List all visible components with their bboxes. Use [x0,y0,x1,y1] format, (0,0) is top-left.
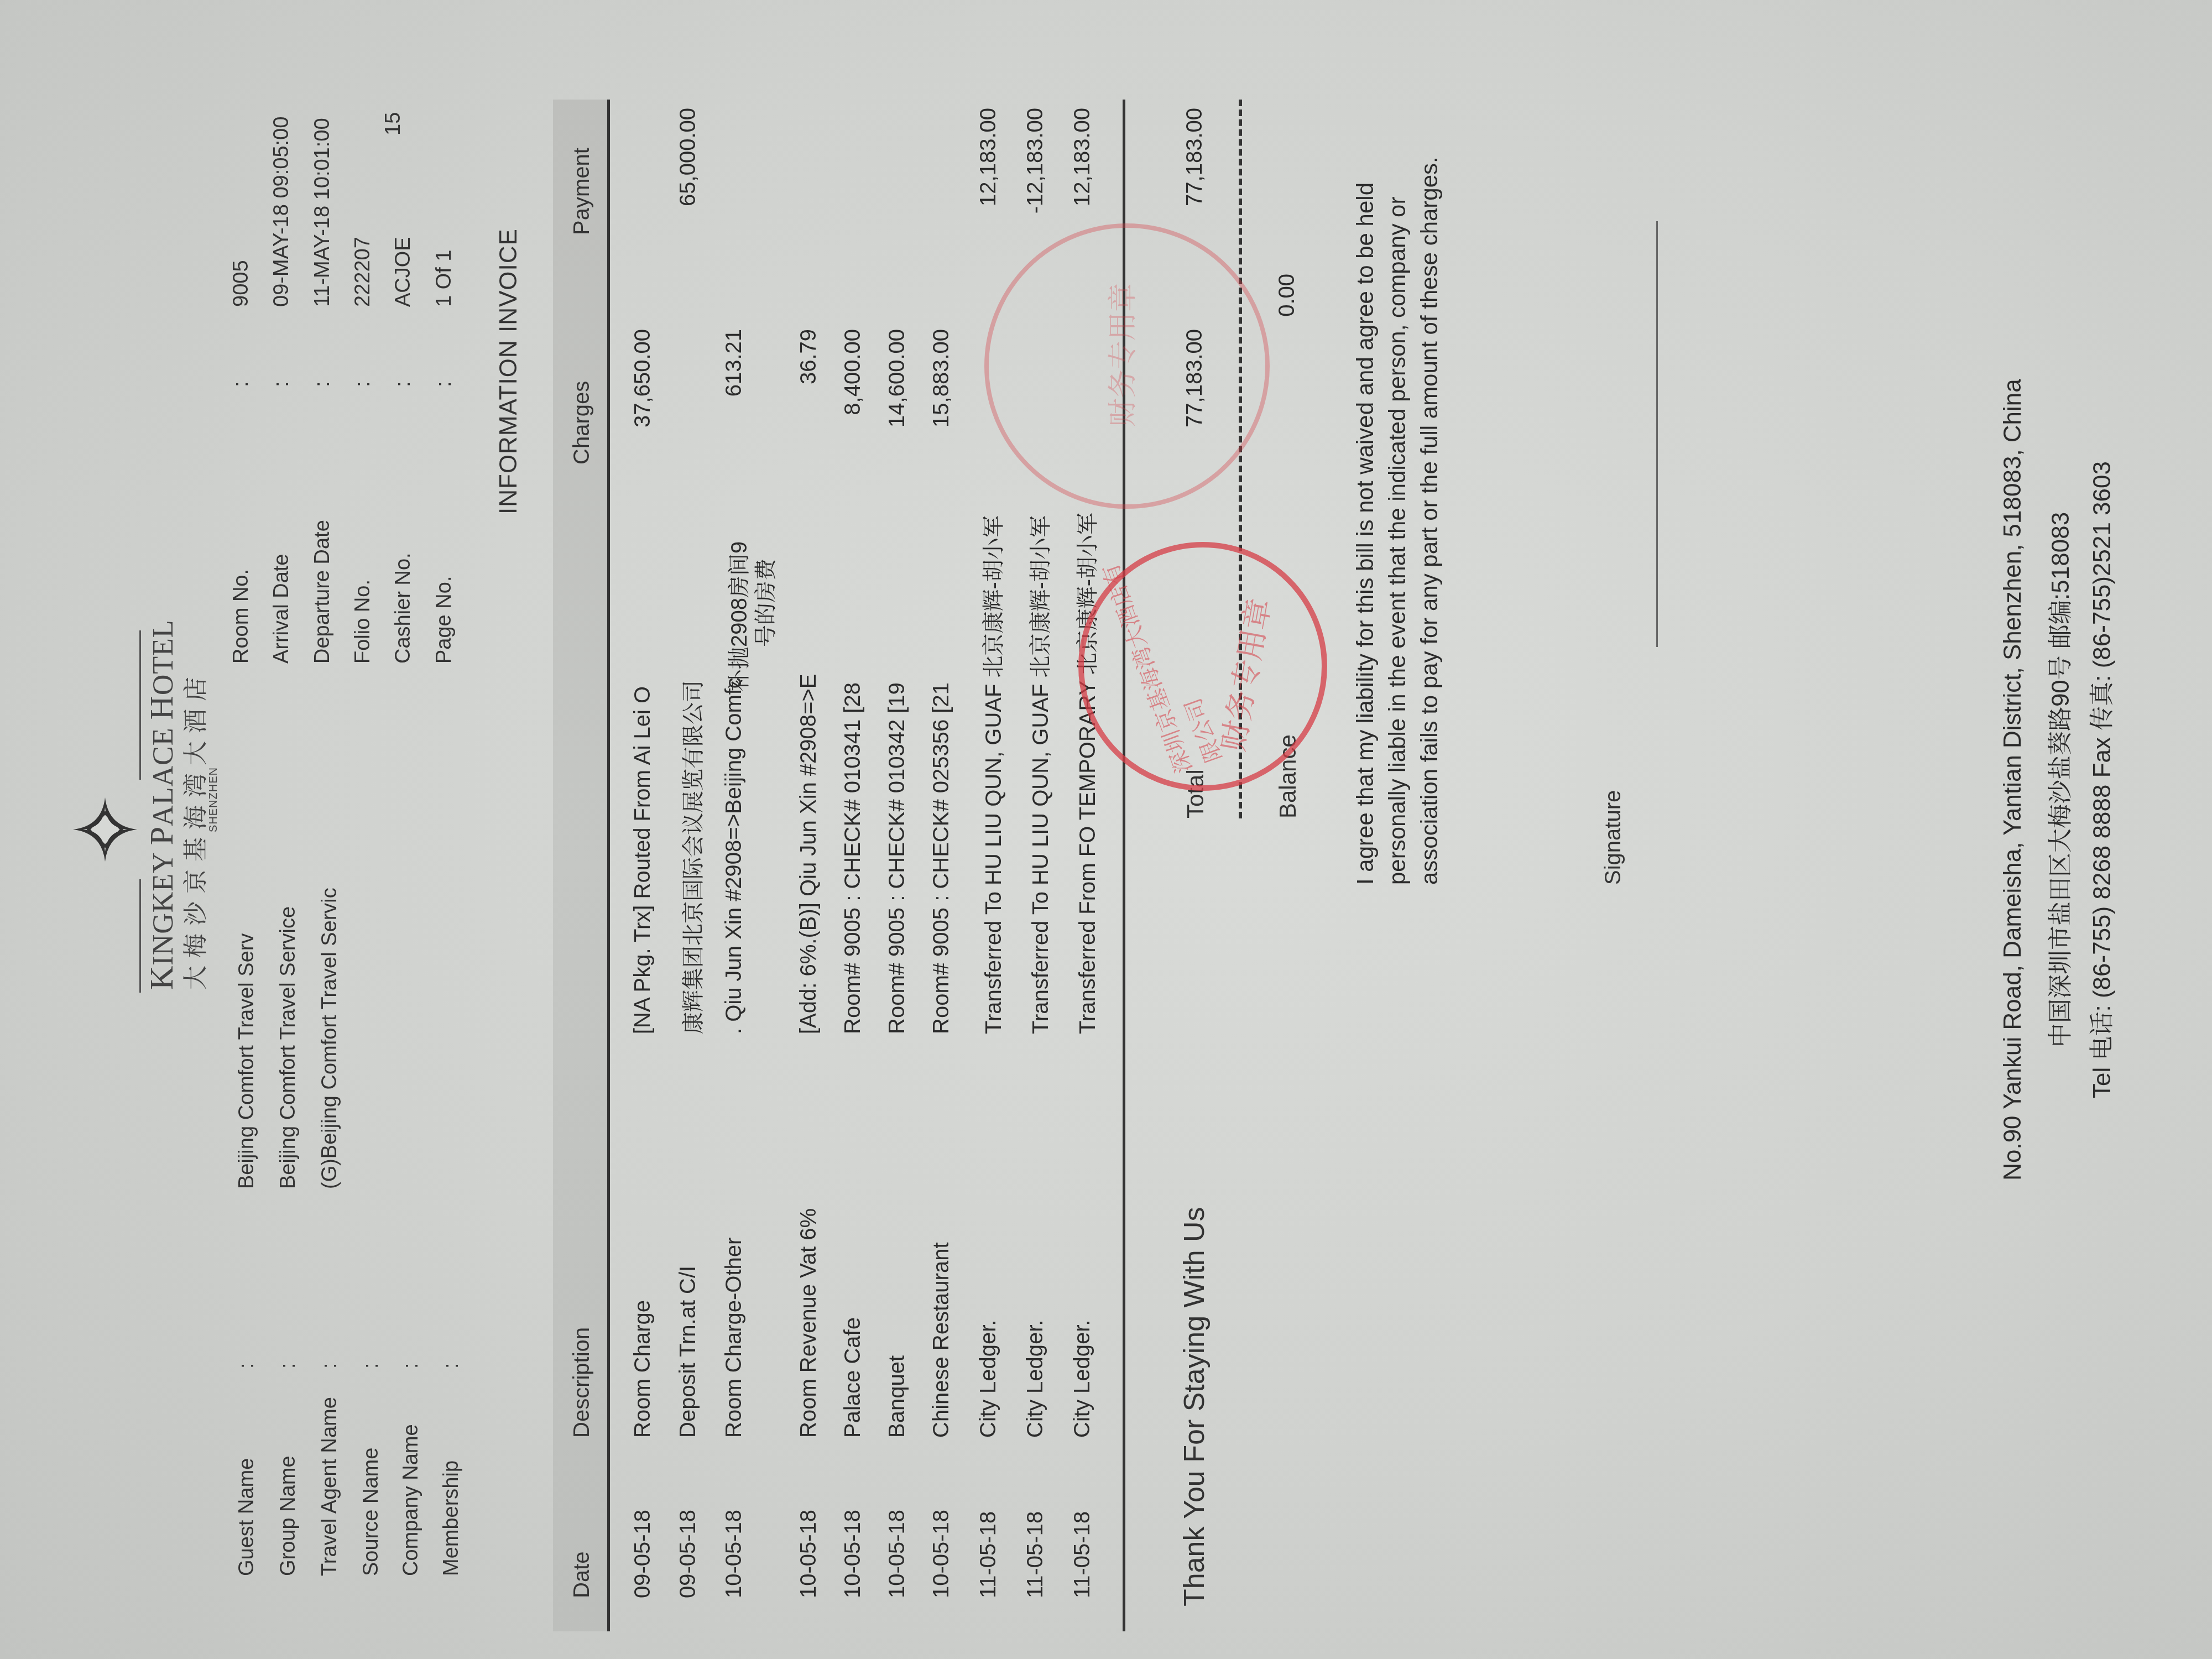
row-description: Room Revenue Vat 6% [796,1208,821,1438]
row-date: 11-05-18 [1070,1511,1095,1598]
colon: : [399,1363,423,1369]
row-date: 09-05-18 [676,1510,701,1598]
hotel-brand-name: KINGKEY PALACE HOTEL [143,619,181,990]
group-name-value: Beijing Comfort Travel Service [276,906,300,1189]
row-detail: Room# 9005 : CHECK# 010341 [28 [841,682,865,1034]
row-date: 11-05-18 [976,1511,1001,1598]
col-header-payment: Payment [570,148,594,235]
colon: : [392,381,415,387]
colon: : [311,381,335,387]
colon: : [440,1363,463,1369]
room-no-value: 9005 [229,260,253,307]
col-header-charges: Charges [570,381,594,465]
guest-name-value: Beijing Comfort Travel Serv [235,933,259,1190]
folio-no-value: 222207 [351,237,375,307]
row-detail: Transferred To HU LIU QUN, GUAF 北京康辉-胡小军 [976,515,1008,1034]
row-description: Room Charge-Other [722,1238,747,1438]
colon: : [351,381,375,387]
colon: : [359,1363,383,1369]
row-detail: Room# 9005 : CHECK# 025356 [21 [929,682,954,1034]
diamond-star-logo-icon [72,796,138,863]
colon: : [229,381,253,387]
colon: : [270,381,294,387]
row-charges: 8,400.00 [841,329,865,553]
colon: : [318,1363,342,1369]
row-date: 11-05-18 [1023,1511,1048,1598]
invoice-title: INFORMATION INVOICE [495,228,523,514]
row-charges: 36.79 [796,329,821,553]
departure-date-value: 11-MAY-18 10:01:00 [311,118,335,307]
finance-stamp: 深圳京基海湾大酒店有限公司 财务专用章 [1078,542,1327,791]
travel-agent-label: Travel Agent Name [318,1397,342,1576]
faded-stamp: 财务专用章 [984,223,1270,509]
logo-rule-left [139,879,141,993]
room-no-label: Room No. [229,569,253,664]
address-line-cn: 中国深圳市盐田区大梅沙盐葵路90号 邮编:518083 [2041,177,2076,1383]
row-detail: Transferred To HU LIU QUN, GUAF 北京康辉-胡小军 [1023,515,1055,1034]
row-date: 10-05-18 [841,1510,865,1598]
colon: : [432,381,456,387]
arrival-date-value: 09-MAY-18 09:05:00 [270,117,294,307]
row-description: Room Charge [630,1300,655,1438]
cashier-no-value: ACJOE [392,237,415,307]
logo-rule-right [139,630,141,780]
row-payment: 12,183.00 [976,108,1001,332]
row-charges: 613.21 [722,329,747,553]
travel-agent-value: (G)Beijing Comfort Travel Servic [318,888,342,1189]
thank-you-message: Thank You For Staying With Us [1178,1207,1211,1606]
row-detail: [Add: 6%.(B)] Qiu Jun Xin #2908=>E [796,674,821,1034]
row-description: City Ledger. [976,1320,1001,1438]
row-description: City Ledger. [1070,1320,1095,1438]
table-header-rule [607,100,610,1631]
row-date: 10-05-18 [722,1510,747,1598]
row-date: 10-05-18 [929,1510,954,1598]
col-header-date: Date [570,1552,594,1599]
folio-no-label: Folio No. [351,580,375,664]
membership-label: Membership [440,1460,463,1576]
source-name-label: Source Name [359,1448,383,1576]
row-description: Palace Cafe [841,1317,865,1438]
signature-label: Signature [1601,790,1626,885]
row-description: Chinese Restaurant [929,1242,954,1438]
company-name-label: Company Name [399,1424,423,1576]
row-charges: 15,883.00 [929,329,954,553]
hotel-city: SHENZHEN [207,767,220,832]
row-payment: 65,000.00 [676,108,701,332]
row-detail: [NA Pkg. Trx] Routed From Ai Lei O [630,686,655,1034]
signature-line[interactable] [1656,221,1658,647]
departure-date-label: Departure Date [311,520,335,664]
colon: : [235,1363,259,1369]
liability-disclaimer: I agree that my liability for this bill … [1349,100,1446,885]
hotel-name-cn: 大梅沙京基海湾大酒店 [176,669,211,990]
arrival-date-label: Arrival Date [270,554,294,664]
row-charges: 37,650.00 [630,329,655,553]
row-date: 10-05-18 [885,1510,910,1598]
cashier-no-label: Cashier No. [392,552,415,664]
cashier-no-extra: 15 [382,112,405,135]
row-description: City Ledger. [1023,1320,1048,1438]
row-detail: Room# 9005 : CHECK# 010342 [19 [885,682,910,1034]
row-description: Deposit Trn.at C/I [676,1266,701,1438]
contact-line: Tel 电话: (86-755) 8268 8888 Fax 传真: (86-7… [2082,177,2117,1383]
guest-name-label: Guest Name [235,1458,259,1576]
address-line-en: No.90 Yankui Road, Dameisha, Yantian Dis… [1999,177,2027,1383]
invoice-page: KINGKEY PALACE HOTEL 大梅沙京基海湾大酒店 SHENZHEN… [0,0,2212,1659]
row-detail-cn-2: 号的房费 [748,559,780,647]
balance-value: 0.00 [1275,274,1300,498]
colon: : [276,1363,300,1369]
row-detail: . Qiu Jun Xin #2908=>Beijing Comfc [722,677,747,1034]
page-no-value: 1 Of 1 [432,250,456,307]
row-description: Banquet [885,1355,910,1438]
group-name-label: Group Name [276,1455,300,1576]
row-detail: Transferred From FO TEMPORARY 北京康辉-胡小军 [1070,513,1102,1034]
page-no-label: Page No. [432,576,456,664]
row-date: 09-05-18 [630,1510,655,1598]
row-detail: 康辉集团北京国际会议展览有限公司 [676,680,707,1034]
photo-background: KINGKEY PALACE HOTEL 大梅沙京基海湾大酒店 SHENZHEN… [0,0,2212,1659]
row-date: 10-05-18 [796,1510,821,1598]
col-header-description: Description [570,1327,594,1438]
row-charges: 14,600.00 [885,329,910,553]
